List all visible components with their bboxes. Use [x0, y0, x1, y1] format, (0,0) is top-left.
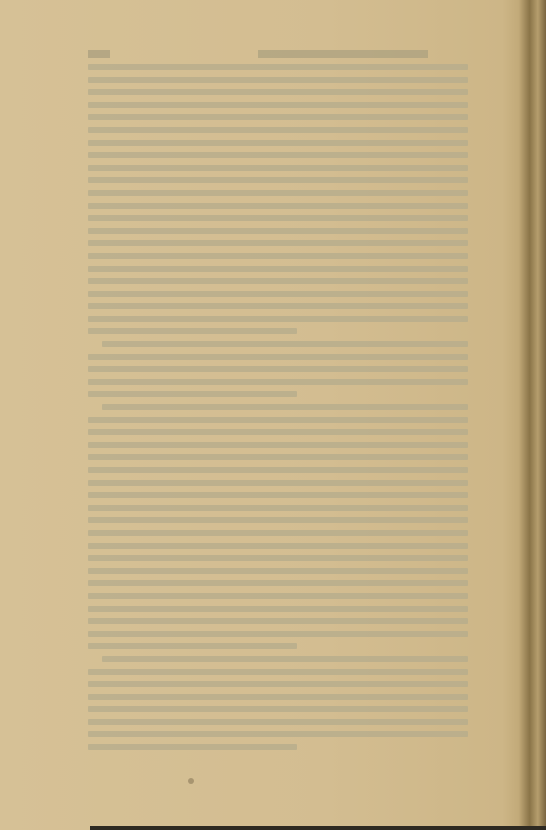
text-line: [88, 391, 297, 397]
text-line: [88, 706, 468, 712]
book-page: [0, 0, 546, 830]
text-line: [88, 366, 468, 372]
text-line: [88, 467, 468, 473]
text-line: [88, 568, 468, 574]
text-line: [88, 278, 468, 284]
text-line: [88, 442, 468, 448]
text-line: [88, 303, 468, 309]
text-line: [88, 114, 468, 120]
text-line: [88, 719, 468, 725]
text-line: [88, 266, 468, 272]
text-line: [88, 140, 468, 146]
text-line: [88, 417, 468, 423]
text-line: [88, 606, 468, 612]
text-line: [88, 379, 468, 385]
text-line: [88, 429, 468, 435]
text-line: [88, 228, 468, 234]
text-line: [88, 669, 468, 675]
text-line: [88, 593, 468, 599]
text-line: [88, 694, 468, 700]
text-line: [88, 152, 468, 158]
text-line: [88, 127, 468, 133]
text-line: [88, 328, 297, 334]
text-line: [88, 354, 468, 360]
text-line: [88, 240, 468, 246]
text-line: [88, 480, 468, 486]
text-line: [88, 618, 468, 624]
text-line: [88, 505, 468, 511]
text-line: [102, 341, 468, 347]
text-line: [88, 517, 468, 523]
text-line: [102, 404, 468, 410]
text-line: [88, 731, 468, 737]
text-line: [88, 190, 468, 196]
page-header: [88, 50, 468, 60]
page-bottom-edge: [90, 826, 546, 830]
text-line: [102, 656, 468, 662]
text-line: [88, 530, 468, 536]
text-line: [88, 744, 297, 750]
text-line: [88, 165, 468, 171]
text-line: [88, 89, 468, 95]
text-line: [88, 215, 468, 221]
page-blemish: [188, 778, 194, 784]
text-line: [88, 580, 468, 586]
text-line: [88, 454, 468, 460]
text-line: [88, 291, 468, 297]
text-line: [88, 492, 468, 498]
text-line: [88, 631, 468, 637]
text-line: [88, 643, 297, 649]
text-line: [88, 681, 468, 687]
text-line: [88, 253, 468, 259]
text-line: [88, 316, 468, 322]
text-line: [88, 64, 468, 70]
page-number: [88, 50, 110, 58]
body-text: [88, 64, 468, 757]
text-line: [88, 77, 468, 83]
text-line: [88, 177, 468, 183]
text-line: [88, 102, 468, 108]
text-line: [88, 555, 468, 561]
text-line: [88, 543, 468, 549]
running-head: [258, 50, 428, 58]
text-line: [88, 203, 468, 209]
